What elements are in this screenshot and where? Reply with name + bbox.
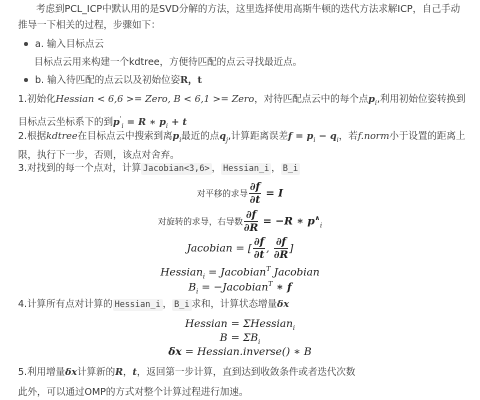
step-4-text: 求和，计算状态增量: [192, 299, 278, 310]
eq-rhs: = I: [262, 188, 283, 200]
step-2-math-norm: f.norm: [358, 131, 390, 142]
step-4-math-dx: δx: [277, 299, 289, 310]
step-2-text: 2.根据: [18, 131, 46, 142]
step-2: 2.根据kdtree在目标点云中搜索到离pi最近的点qj,计算距离误差f = p…: [18, 129, 468, 164]
frac-den: ∂t: [249, 194, 261, 206]
bullet-dot-icon: [24, 42, 28, 46]
step-1-text: ，对待匹配点云中的每个点: [254, 94, 368, 105]
bullet-b-math: R，t: [180, 75, 202, 86]
step-2-text: ,计算距离误差: [228, 131, 288, 142]
inline-code-b-i: B_i: [172, 299, 191, 311]
step-2-math-f: f = p: [288, 131, 313, 142]
step-4-text: 4.计算所有点对计算的: [18, 299, 113, 310]
step-1-math-eq-tail: + t: [168, 117, 187, 128]
eq-lhs: B: [188, 282, 196, 294]
step-3-text: 3.对找到的每一个点对，计算: [18, 163, 141, 174]
bullet-a-detail-text: 目标点云用来构建一个kdtree，方便待匹配的点云寻找最近点。: [34, 57, 302, 68]
eq-rhs: = −Jacobian: [198, 282, 268, 294]
frac-num: ∂f: [253, 236, 265, 249]
footer-text: 此外，可以通过OMP的方式对整个计算过程进行加速。: [18, 387, 248, 398]
step-5: 5.利用增量δx计算新的R，t，返回第一步计算，直到达到收敛条件或者迭代次数: [18, 365, 468, 381]
step-1-math-pi: p: [368, 94, 375, 105]
comma: ,: [266, 243, 273, 255]
eq-tail: ∗ f: [273, 282, 292, 294]
step-1-text: 1.初始化: [18, 94, 56, 105]
frac-num: ∂f: [249, 181, 261, 194]
step-3: 3.对找到的每一个点对，计算Jacobian<3,6>，Hessian_i，B_…: [18, 161, 468, 177]
bullet-b: b. 输入待匹配的点云以及初始位姿R，t: [24, 73, 202, 89]
frac-den: ∂R: [244, 222, 258, 234]
bullet-a-label: a. 输入目标点云: [35, 39, 104, 50]
step-1-math-pi-prime: p: [113, 117, 120, 128]
equation-trans-derivative: 对平移的求导∂f∂t = I: [0, 181, 480, 206]
separator: ，: [212, 163, 222, 174]
step-2-text: ，若: [339, 131, 358, 142]
footer-note: 此外，可以通过OMP的方式对整个计算过程进行加速。: [18, 385, 468, 400]
step-5-math-r: R: [115, 367, 123, 378]
eq-label: 对旋转的求导，右导数: [158, 218, 243, 228]
step-2-math-qj: q: [219, 131, 226, 142]
eq-rhs: = −R ∗ p: [259, 216, 315, 228]
subscript: i: [320, 222, 322, 230]
equation-dx: δx = Hessian.inverse() ∗ B: [0, 345, 480, 359]
separator: ，: [123, 367, 133, 378]
intro-paragraph: 考虑到PCL_ICP中默认用的是SVD分解的方法，这里选择使用高斯牛顿的迭代方法…: [18, 2, 468, 34]
bullet-a-detail: 目标点云用来构建一个kdtree，方便待匹配的点云寻找最近点。: [34, 55, 302, 71]
article-page: 考虑到PCL_ICP中默认用的是SVD分解的方法，这里选择使用高斯牛顿的迭代方法…: [0, 0, 480, 400]
frac-den: ∂R: [274, 249, 288, 261]
step-2-text: 最近的点: [181, 131, 219, 142]
eq-text: Hessian = ΣHessian: [185, 318, 293, 330]
fraction: ∂f∂t: [249, 181, 261, 206]
step-1-math-eq: = R ∗ p: [124, 117, 166, 128]
step-2-math-kdtree: kdtree: [46, 131, 77, 142]
frac-den: ∂t: [253, 249, 265, 261]
fraction: ∂f∂t: [253, 236, 265, 261]
eq-label: 对平移的求导: [197, 190, 248, 200]
frac-num: ∂f: [244, 209, 258, 222]
fraction: ∂f∂R: [274, 236, 288, 261]
step-5-text: ，返回第一步计算，直到达到收敛条件或者迭代次数: [137, 367, 356, 378]
inline-code-jacobian: Jacobian<3,6>: [141, 163, 212, 175]
eq-lhs: Jacobian = [: [187, 243, 252, 255]
inline-code-hessian-i: Hessian_i: [113, 299, 163, 311]
equation-rot-derivative: 对旋转的求导，右导数∂f∂R = −R ∗ p∧i: [0, 209, 480, 234]
inline-code-hessian-i: Hessian_i: [221, 163, 271, 175]
bullet-b-label: b. 输入待匹配的点云以及初始位姿: [35, 75, 180, 86]
step-5-text: 计算新的: [77, 367, 115, 378]
fraction: ∂f∂R: [244, 209, 258, 234]
eq-text: B = ΣB: [220, 332, 258, 344]
intro-text: 考虑到PCL_ICP中默认用的是SVD分解的方法，这里选择使用高斯牛顿的迭代方法…: [18, 4, 460, 31]
step-1-math-init: Hessian < 6,6 >= Zero, B < 6,1 >= Zero: [56, 94, 255, 105]
step-4: 4.计算所有点对计算的Hessian_i，B_i求和，计算状态增量δx: [18, 297, 468, 313]
step-5-text: 5.利用增量: [18, 367, 65, 378]
step-5-math-dx: δx: [65, 367, 77, 378]
step-2-text: 在目标点云中搜索到离: [78, 131, 173, 142]
separator: ，: [163, 299, 173, 310]
frac-num: ∂f: [274, 236, 288, 249]
step-1: 1.初始化Hessian < 6,6 >= Zero, B < 6,1 >= Z…: [18, 92, 468, 134]
inline-code-b-i: B_i: [281, 163, 300, 175]
bullet-a: a. 输入目标点云: [24, 37, 104, 53]
eq-lhs: δx: [168, 346, 181, 358]
equation-jacobian: Jacobian = [∂f∂t, ∂f∂R]: [0, 236, 480, 261]
step-2-math-q: − q: [315, 131, 336, 142]
bullet-dot-icon: [24, 78, 28, 82]
bracket: ]: [289, 243, 293, 255]
eq-rhs: = Hessian.inverse() ∗ B: [182, 346, 312, 358]
equation-b-i: Bi = −JacobianT ∗ f: [0, 277, 480, 299]
separator: ，: [271, 163, 281, 174]
